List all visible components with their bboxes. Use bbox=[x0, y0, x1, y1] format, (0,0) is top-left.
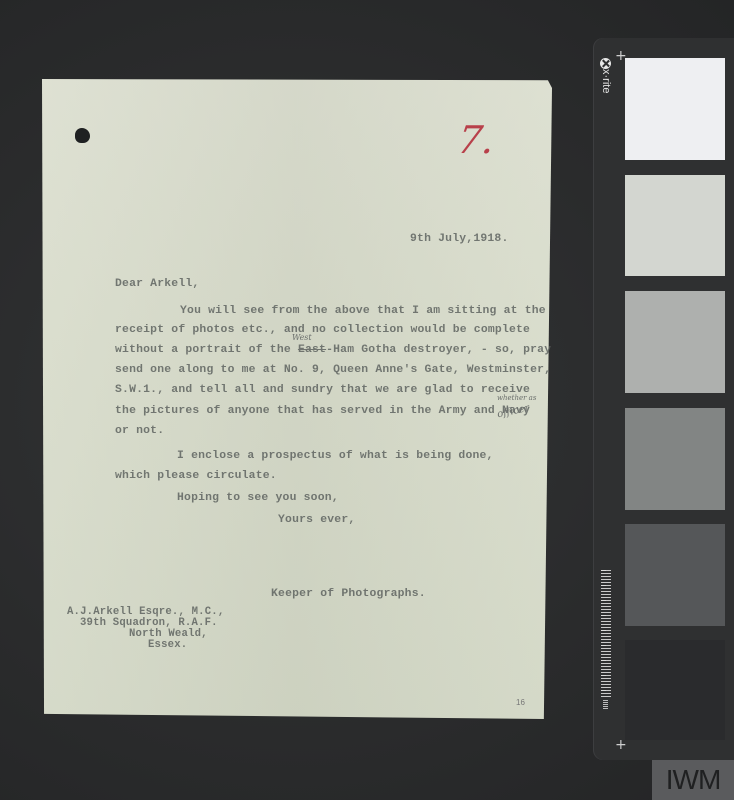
para2-line-2: which please circulate. bbox=[115, 470, 277, 482]
punch-hole bbox=[75, 128, 90, 143]
body-line-2: receipt of photos etc., and no collectio… bbox=[115, 324, 530, 336]
handwritten-margin-whether-as: whether as bbox=[497, 394, 536, 402]
struck-word: East bbox=[298, 344, 326, 356]
scale-ruler bbox=[601, 570, 611, 698]
body-line-1: You will see from the above that I am si… bbox=[180, 305, 546, 317]
handwritten-insert-west: West bbox=[292, 333, 312, 342]
para2-line-1: I enclose a prospectus of what is being … bbox=[177, 450, 494, 462]
crosshair-bottom-icon: + bbox=[615, 738, 627, 752]
body-line-4: send one along to me at No. 9, Queen Ann… bbox=[115, 364, 551, 376]
xrite-brand-text: x·rite bbox=[600, 69, 612, 109]
gray-patch-4 bbox=[625, 408, 725, 510]
address-line-4: Essex. bbox=[148, 639, 187, 651]
gray-patch-1 bbox=[625, 58, 725, 160]
closing-line-2: Yours ever, bbox=[278, 514, 355, 526]
ruler-unit-label bbox=[603, 700, 608, 710]
closing-line-1: Hoping to see you soon, bbox=[177, 492, 339, 504]
signature-title: Keeper of Photographs. bbox=[271, 588, 426, 600]
folio-number-handwritten: 7. bbox=[455, 118, 497, 162]
body-line-3: without a portrait of the East-Ham Gotha… bbox=[115, 344, 551, 356]
salutation: Dear Arkell, bbox=[115, 278, 199, 290]
gray-patch-5 bbox=[625, 524, 725, 626]
xrite-logo-icon bbox=[600, 58, 611, 69]
body-line-3-start: without a portrait of the bbox=[115, 344, 298, 356]
page-number: 16 bbox=[516, 698, 525, 707]
body-line-7: or not. bbox=[115, 425, 164, 437]
letter-date: 9th July,1918. bbox=[410, 233, 509, 245]
iwm-watermark: IWM bbox=[652, 760, 734, 800]
xrite-brand: x·rite bbox=[598, 58, 614, 108]
iwm-watermark-text: IWM bbox=[652, 764, 734, 796]
gray-patch-2 bbox=[625, 175, 725, 276]
gray-patch-3 bbox=[625, 291, 725, 393]
gray-patch-6 bbox=[625, 640, 725, 740]
body-line-6: the pictures of anyone that has served i… bbox=[115, 405, 530, 417]
body-line-3-end: -Ham Gotha destroyer, - so, pray bbox=[326, 344, 551, 356]
body-line-5: S.W.1., and tell all and sundry that we … bbox=[115, 384, 530, 396]
